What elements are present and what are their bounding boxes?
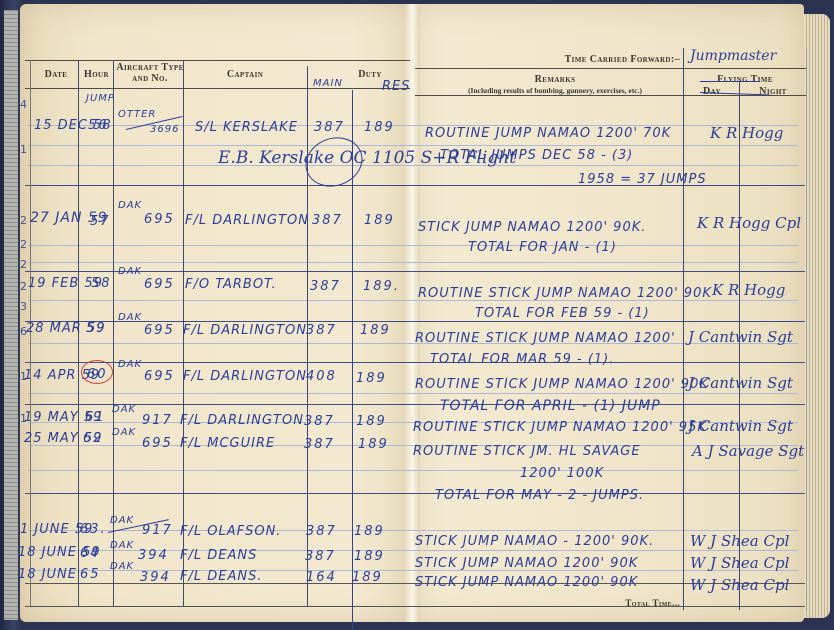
entry-main: 387	[305, 549, 336, 564]
entry-remark-1: Stick Jump Namao 1200' 90K.	[418, 220, 646, 235]
entry-aircraft-type: Dak	[110, 540, 134, 551]
entry-remark-1: Stick Jump Namao - 1200' 90K.	[415, 534, 654, 549]
entry-aircraft-no: 695	[144, 277, 175, 292]
entry-captain: S/L Kerslake	[195, 120, 298, 135]
entry-signature: W J Shea Cpl	[690, 576, 789, 594]
entry-aircraft-type: Otter	[118, 109, 156, 120]
entry-res: 189	[360, 323, 391, 338]
entry-captain: F/L Deans.	[180, 569, 262, 584]
jumpmaster-signature: Jumpmaster	[690, 48, 776, 64]
entry-res: 189	[364, 120, 395, 135]
entry-aircraft-no: 394	[138, 548, 169, 563]
entry-main: 387	[306, 323, 337, 338]
entry-signature: A J Savage Sgt	[692, 442, 804, 460]
entry-aircraft-no: 695	[144, 369, 175, 384]
header-hour: Hour	[80, 69, 113, 80]
entry-aircraft-type: Dak	[118, 266, 142, 277]
entry-signature: K R Hogg Cpl	[697, 214, 801, 232]
entry-res: 189	[354, 524, 385, 539]
entry-aircraft-no: 695	[142, 436, 173, 451]
entry-captain: F/L Olafson.	[180, 524, 281, 539]
red-circle-mark	[81, 360, 113, 384]
entry-signature: K R Hogg	[710, 124, 783, 142]
margin-mark: 4	[20, 98, 27, 111]
margin-mark: 6	[20, 325, 27, 338]
header-hour-jump: Jump	[86, 93, 115, 104]
entry-aircraft-no: 695	[144, 212, 175, 227]
entry-date: 18 June	[18, 567, 77, 582]
entry-res: 189	[364, 213, 395, 228]
entry-remark-3: Total for May - 2 - Jumps.	[435, 488, 644, 503]
entry-captain: F/L Darlington	[183, 323, 307, 338]
entry-jump-number: 57	[90, 214, 111, 229]
entry-remark-2: Total for Feb 59 - (1)	[475, 306, 650, 321]
entry-aircraft-no: 917	[142, 413, 173, 428]
entry-aircraft-no: 917	[142, 523, 173, 538]
entry-captain: F/L Darlington	[185, 213, 309, 228]
entry-jump-number: 63.	[80, 522, 107, 537]
entry-aircraft-type: Dak	[118, 359, 142, 370]
remarks-title: Remarks	[430, 74, 680, 85]
remarks-subtitle: (Including results of bombing, gunnery, …	[425, 85, 685, 96]
margin-mark: 2	[20, 238, 27, 251]
entry-aircraft-type: Dak	[112, 404, 136, 415]
entry-remark-1: Routine Stick Jm. HL Savage	[413, 444, 641, 459]
entry-main: 387	[304, 414, 335, 429]
entry-res: 189	[358, 437, 389, 452]
margin-mark: 2	[20, 258, 27, 271]
header-date: Date	[35, 69, 77, 80]
entry-jump-number: 61	[85, 410, 106, 425]
entry-res: 189	[352, 570, 383, 585]
entry-remark-1: Stick Jump Namao 1200' 90K	[415, 575, 638, 590]
entry-res: 189	[356, 414, 387, 429]
entry-signature: J Cantwin Sgt	[688, 328, 793, 346]
header-aircraft: Aircraft Type and No.	[116, 62, 184, 84]
co-signature: E.B. Kerslake OC 1105 S+R Flight	[218, 148, 516, 168]
margin-mark: 3	[20, 300, 27, 313]
entry-captain: F/L Deans	[180, 548, 257, 563]
entry-remark-1: Stick Jump Namao 1200' 90K	[415, 556, 638, 571]
entry-aircraft-type: Dak	[118, 312, 142, 323]
header-duty-main: Main	[313, 78, 343, 89]
entry-captain: F/L Darlington	[183, 369, 307, 384]
entry-main: 387	[306, 524, 337, 539]
entry-captain: F/L Darlington	[180, 413, 304, 428]
entry-remark-2: Total for April - (1) Jump	[440, 398, 661, 414]
entry-jump-number: 56	[88, 118, 109, 133]
entry-jump-number: 59	[86, 321, 107, 336]
entry-main: 387	[314, 120, 345, 135]
entry-aircraft-no: 695	[144, 323, 175, 338]
entry-aircraft-type: Dak	[110, 515, 134, 526]
margin-mark: 2	[20, 214, 27, 227]
entry-remark-1: Routine Stick Jump Namao 1200' 90K	[415, 377, 709, 392]
entry-main: 387	[310, 279, 341, 294]
entry-signature: W J Shea Cpl	[690, 554, 789, 572]
entry-main: 164	[306, 570, 337, 585]
entry-res: 189	[354, 549, 385, 564]
entry-aircraft-no: 3696	[150, 124, 179, 135]
margin-mark: 1	[20, 370, 27, 383]
entry-jump-number: 64	[80, 546, 101, 561]
entry-remark-1: Routine Jump Namao 1200' 70K	[425, 126, 671, 141]
entry-res: 189.	[363, 279, 400, 294]
page-stack-edge	[804, 14, 830, 618]
entry-remark-1: Routine Stick Jump Namao 1200' 90K	[418, 286, 712, 301]
entry-main: 387	[304, 437, 335, 452]
flying-time-strike	[700, 81, 760, 82]
entry-remark-3: 1958 = 37 Jumps	[578, 172, 707, 187]
entry-remark-2: Total for Mar 59 - (1).	[430, 352, 614, 367]
entry-res: 189	[356, 371, 387, 386]
entry-captain: F/L McGuire	[180, 436, 275, 451]
header-duty-res: Res	[382, 79, 411, 94]
ruler-edge	[4, 10, 18, 620]
total-time-label: Total Time...	[560, 598, 680, 609]
entry-remark-1: Routine Stick Jump Namao 1200' 95K	[413, 420, 707, 435]
entry-main: 408	[306, 369, 337, 384]
entry-aircraft-type: Dak	[112, 427, 136, 438]
entry-remark-2: Total for Jan - (1)	[468, 240, 617, 255]
entry-jump-number: 62	[83, 431, 104, 446]
margin-mark: 1	[20, 412, 27, 425]
entry-jump-number: 65	[80, 567, 101, 582]
entry-aircraft-no: 394	[140, 570, 171, 585]
entry-aircraft-type: Dak	[118, 200, 142, 211]
entry-signature: W J Shea Cpl	[690, 532, 789, 550]
entry-signature: J Cantwin Sgt	[688, 417, 793, 435]
entry-remark-2: 1200' 100K	[520, 466, 604, 481]
flying-time-header: Flying Time	[690, 74, 800, 85]
time-carried-forward: Time Carried Forward:–	[530, 54, 680, 65]
entry-aircraft-type: Dak	[110, 561, 134, 572]
header-captain: Captain	[190, 69, 300, 80]
margin-mark: 2	[20, 280, 27, 293]
margin-mark: 1	[20, 143, 27, 156]
entry-main: 387	[312, 213, 343, 228]
entry-remark-1: Routine Stick Jump Namao 1200'	[415, 331, 676, 346]
entry-signature: J Cantwin Sgt	[688, 374, 793, 392]
entry-signature: K R Hogg	[712, 281, 785, 299]
night-header: Night	[742, 86, 804, 97]
entry-captain: F/O Tarbot.	[185, 277, 277, 292]
entry-jump-number: 58	[91, 276, 112, 291]
